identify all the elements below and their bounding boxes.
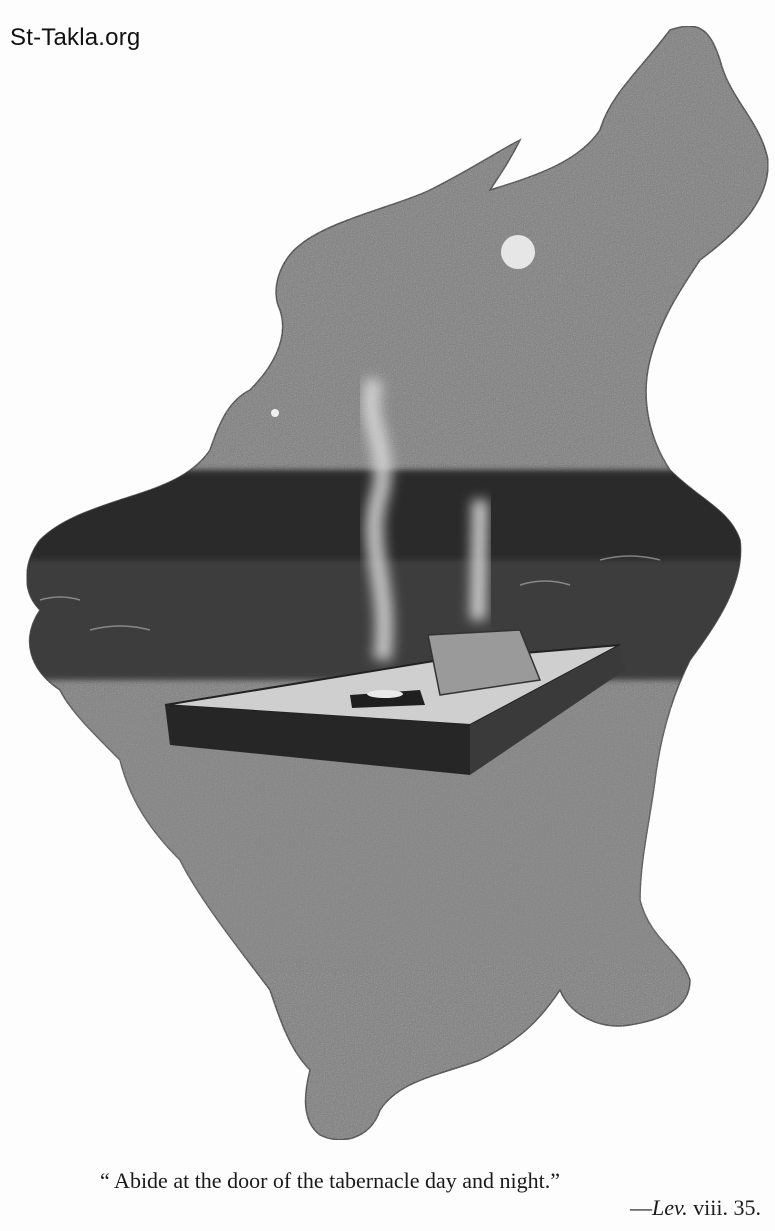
moon-icon — [501, 235, 535, 269]
tabernacle-illustration — [0, 0, 775, 1231]
reference-dash: — — [630, 1195, 652, 1220]
star-icon — [271, 409, 279, 417]
caption-quote: “ Abide at the door of the tabernacle da… — [100, 1168, 560, 1194]
reference-verse: viii. 35. — [693, 1195, 761, 1220]
page: // copy blot path into clip (function(){… — [0, 0, 775, 1231]
caption-reference: —Lev. viii. 35. — [630, 1195, 761, 1221]
site-watermark: St-Takla.org — [10, 24, 140, 52]
reference-book: Lev. — [652, 1195, 688, 1220]
